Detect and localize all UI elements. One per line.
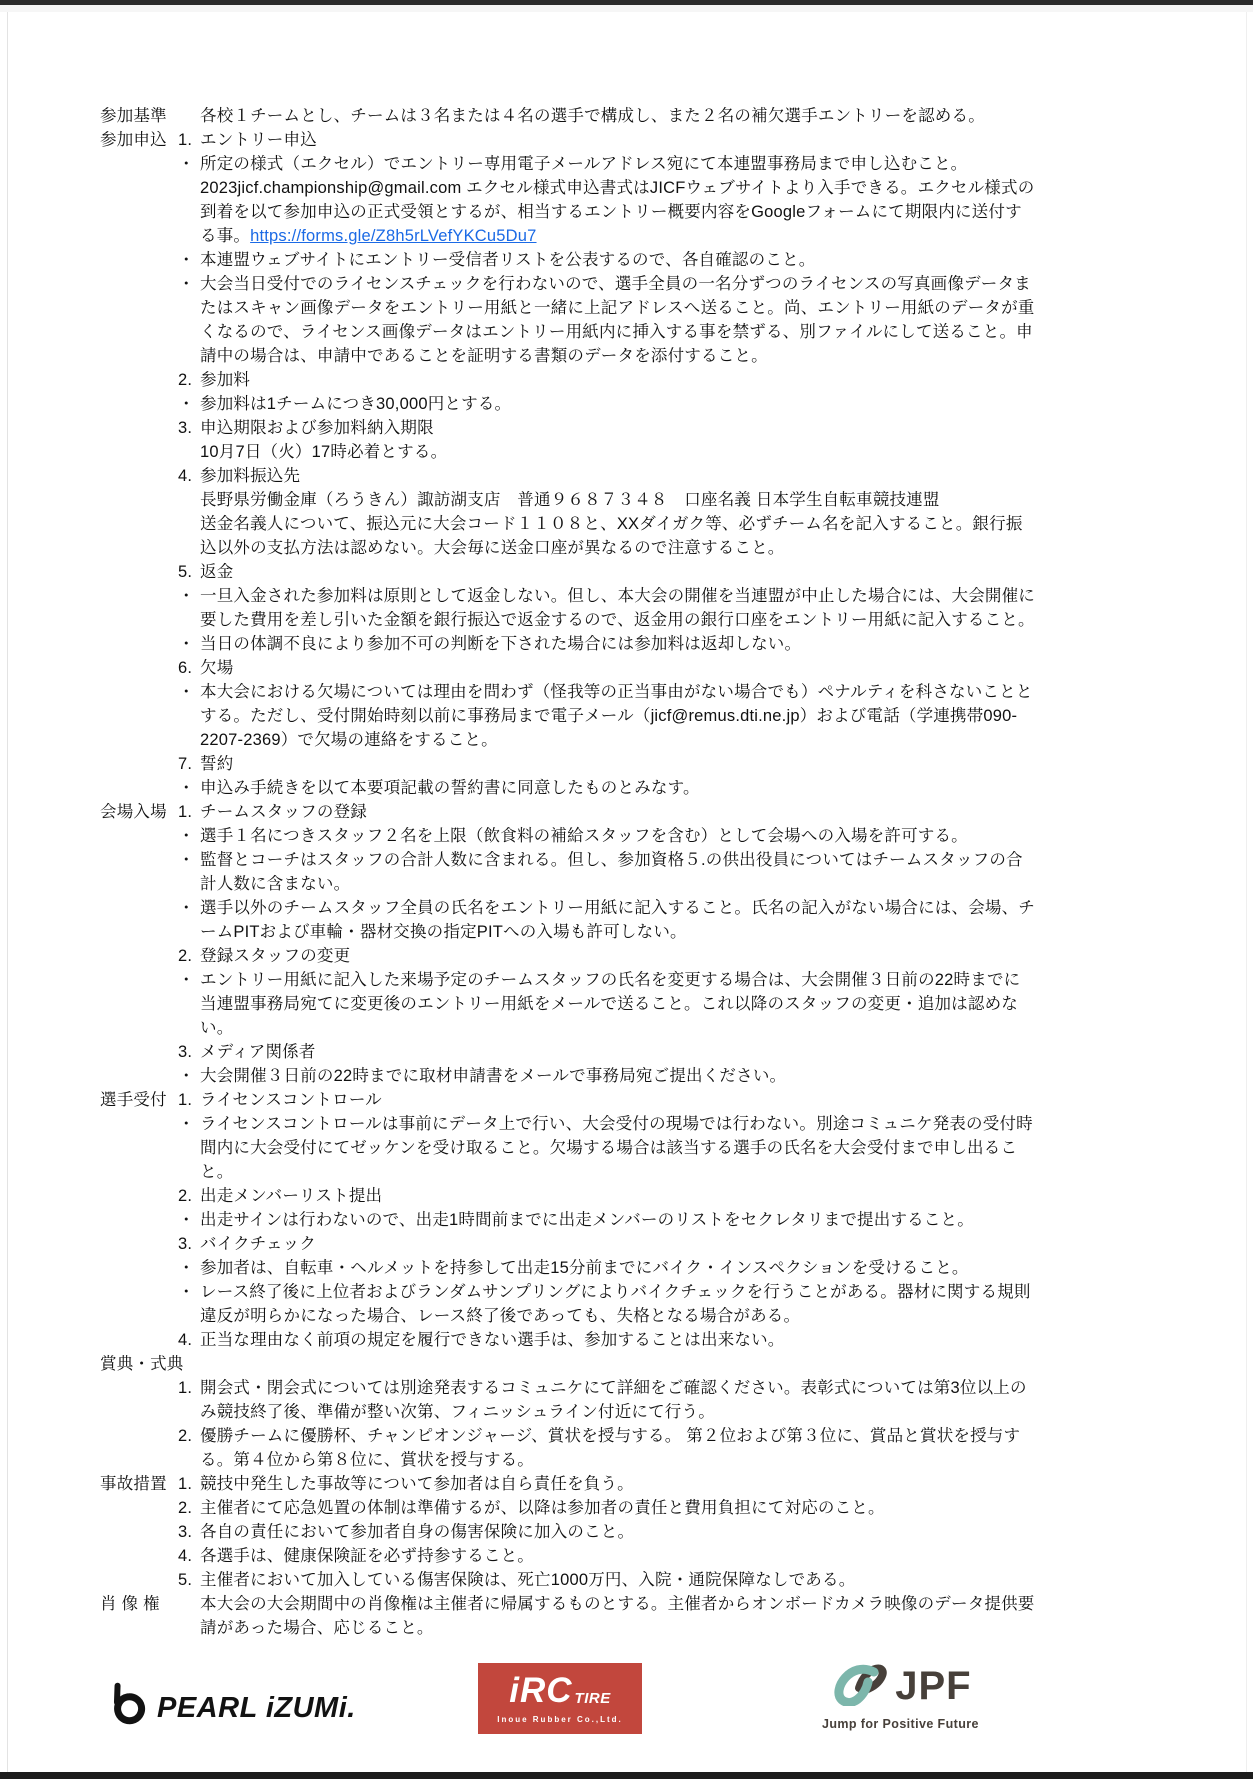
section-content: 1.チームスタッフの登録・選手１名につきスタッフ２名を上限（飲食料の補給スタッフ…	[178, 800, 1035, 1088]
section-label: 選手受付	[100, 1088, 178, 1352]
item-text: 10月7日（火）17時必着とする。	[200, 443, 447, 461]
item-number: 1.	[178, 1472, 200, 1496]
bullet-marker: ・	[178, 776, 200, 800]
section-row: 事故措置1.競技中発生した事故等について参加者は自ら責任を負う。2.主催者にて応…	[100, 1472, 1035, 1592]
item-text: 長野県労働金庫（ろうきん）諏訪湖支店 普通９６８７３４８ 口座名義 日本学生自転…	[200, 491, 940, 509]
item-number: 2.	[178, 1496, 200, 1520]
numbered-item: 1.ライセンスコントロール	[178, 1088, 1035, 1112]
item-text: 本大会における欠場については理由を問わず（怪我等の正当事由がない場合でも）ペナル…	[200, 683, 1033, 749]
item-text: エントリー用紙に記入した来場予定のチームスタッフの氏名を変更する場合は、大会開催…	[200, 971, 1020, 1037]
section-row: 選手受付1.ライセンスコントロール・ライセンスコントロールは事前にデータ上で行い…	[100, 1088, 1035, 1352]
irc-wordmark: iRC TIRE	[509, 1673, 610, 1708]
item-text: 各自の責任において参加者自身の傷害保険に加入のこと。	[200, 1523, 634, 1541]
numbered-item: 3.バイクチェック	[178, 1232, 1035, 1256]
bullet-item: ・一旦入金された参加料は原則として返金しない。但し、本大会の開催を当連盟が中止し…	[178, 584, 1035, 632]
numbered-item: 1.エントリー申込	[178, 128, 1035, 152]
section-label: 会場入場	[100, 800, 178, 1088]
bullet-marker: ・	[178, 896, 200, 920]
item-number: 7.	[178, 752, 200, 776]
bullet-marker: ・	[178, 248, 200, 272]
item-number: 2.	[178, 368, 200, 392]
rules-document: 参加基準各校１チームとし、チームは３名または４名の選手で構成し、また２名の補欠選…	[0, 104, 1253, 1640]
item-text: レース終了後に上位者およびランダムサンプリングによりバイクチェックを行うことがあ…	[200, 1283, 1031, 1325]
item-text: 当日の体調不良により参加不可の判断を下された場合には参加料は返却しない。	[200, 635, 801, 653]
section-label: 参加申込	[100, 128, 178, 800]
item-text: 一旦入金された参加料は原則として返金しない。但し、本大会の開催を当連盟が中止した…	[200, 587, 1035, 629]
item-text: 正当な理由なく前項の規定を履行できない選手は、参加することは出来ない。	[200, 1331, 785, 1349]
numbered-item: 1.競技中発生した事故等について参加者は自ら責任を負う。	[178, 1472, 1035, 1496]
jpf-tagline: Jump for Positive Future	[822, 1717, 979, 1731]
bullet-marker: ・	[178, 272, 200, 296]
numbered-item: 4.参加料振込先	[178, 464, 1035, 488]
bullet-item: ・参加料は1チームにつき30,000円とする。	[178, 392, 1035, 416]
item-text: 参加料は1チームにつき30,000円とする。	[200, 395, 511, 413]
item-number: 4.	[178, 1328, 200, 1352]
item-number: 1.	[178, 800, 200, 824]
numbered-item: 1.開会式・閉会式については別途発表するコミュニケにて詳細をご確認ください。表彰…	[178, 1376, 1035, 1424]
item-number: 4.	[178, 1544, 200, 1568]
item-text: 本連盟ウェブサイトにエントリー受信者リストを公表するので、各自確認のこと。	[200, 251, 815, 269]
bullet-item: ・本連盟ウェブサイトにエントリー受信者リストを公表するので、各自確認のこと。	[178, 248, 1035, 272]
numbered-item: 2.優勝チームに優勝杯、チャンピオンジャージ、賞状を授与する。 第２位および第３…	[178, 1424, 1035, 1472]
numbered-item: 1.チームスタッフの登録	[178, 800, 1035, 824]
bullet-marker: ・	[178, 1208, 200, 1232]
item-text: 主催者にて応急処置の体制は準備するが、以降は参加者の責任と費用負担にて対応のこと…	[200, 1499, 885, 1517]
item-number: 1.	[178, 1088, 200, 1112]
item-text: エントリー申込	[200, 131, 317, 149]
section-row: 会場入場1.チームスタッフの登録・選手１名につきスタッフ２名を上限（飲食料の補給…	[100, 800, 1035, 1088]
item-text: 出走メンバーリスト提出	[200, 1187, 382, 1205]
text-line: 各校１チームとし、チームは３名または４名の選手で構成し、また２名の補欠選手エント…	[178, 104, 1035, 128]
bullet-item: ・監督とコーチはスタッフの合計人数に含まれる。但し、参加資格５.の供出役員につい…	[178, 848, 1035, 896]
item-text: 参加者は、自転車・ヘルメットを持参して出走15分前までにバイク・インスペクション…	[200, 1259, 969, 1277]
jpf-ribbon-icon	[829, 1660, 891, 1711]
numbered-item: 2.登録スタッフの変更	[178, 944, 1035, 968]
item-text: 本大会の大会期間中の肖像権は主催者に帰属するものとする。主催者からオンボードカメ…	[200, 1595, 1035, 1637]
item-text: 選手以外のチームスタッフ全員の氏名をエントリー用紙に記入すること。氏名の記入がな…	[200, 899, 1035, 941]
bullet-marker: ・	[178, 968, 200, 992]
section-row: 賞典・式典1.開会式・閉会式については別途発表するコミュニケにて詳細をご確認くだ…	[100, 1352, 1035, 1472]
bullet-item: ・選手以外のチームスタッフ全員の氏名をエントリー用紙に記入すること。氏名の記入が…	[178, 896, 1035, 944]
item-text: 欠場	[200, 659, 233, 677]
item-text: 申込み手続きを以て本要項記載の誓約書に同意したものとみなす。	[200, 779, 700, 797]
item-number: 6.	[178, 656, 200, 680]
numbered-item: 3.各自の責任において参加者自身の傷害保険に加入のこと。	[178, 1520, 1035, 1544]
numbered-item: 4.各選手は、健康保険証を必ず持参すること。	[178, 1544, 1035, 1568]
item-text: メディア関係者	[200, 1043, 316, 1061]
bullet-marker: ・	[178, 824, 200, 848]
section-content: 1.エントリー申込・所定の様式（エクセル）でエントリー専用電子メールアドレス宛に…	[178, 128, 1035, 800]
bullet-marker: ・	[178, 1256, 200, 1280]
pearl-izumi-icon	[108, 1682, 148, 1735]
bullet-marker: ・	[178, 680, 200, 704]
text-line: 長野県労働金庫（ろうきん）諏訪湖支店 普通９６８７３４８ 口座名義 日本学生自転…	[178, 488, 1035, 512]
item-number: 4.	[178, 464, 200, 488]
section-content: 1.競技中発生した事故等について参加者は自ら責任を負う。2.主催者にて応急処置の…	[178, 1472, 1035, 1592]
item-number: 3.	[178, 1520, 200, 1544]
section-label: 賞典・式典	[100, 1352, 178, 1376]
numbered-item: 2.参加料	[178, 368, 1035, 392]
item-text: 開会式・閉会式については別途発表するコミュニケにて詳細をご確認ください。表彰式に…	[200, 1379, 1027, 1421]
bullet-item: ・レース終了後に上位者およびランダムサンプリングによりバイクチェックを行うことが…	[178, 1280, 1035, 1328]
pearl-izumi-logo: PEARL iZUMi.	[108, 1682, 356, 1735]
item-text: 登録スタッフの変更	[200, 947, 350, 965]
bullet-marker: ・	[178, 392, 200, 416]
item-text: 監督とコーチはスタッフの合計人数に含まれる。但し、参加資格５.の供出役員について…	[200, 851, 1023, 893]
section-row: 参加基準各校１チームとし、チームは３名または４名の選手で構成し、また２名の補欠選…	[100, 104, 1035, 128]
item-text: ライセンスコントロール	[200, 1091, 382, 1109]
bullet-item: ・当日の体調不良により参加不可の判断を下された場合には参加料は返却しない。	[178, 632, 1035, 656]
section-label: 事故措置	[100, 1472, 178, 1592]
item-text: 大会当日受付でのライセンスチェックを行わないので、選手全員の一名分ずつのライセン…	[200, 275, 1035, 365]
item-number: 1.	[178, 1376, 200, 1400]
numbered-item: 7.誓約	[178, 752, 1035, 776]
bullet-item: ・大会開催３日前の22時までに取材申請書をメールで事務局宛ご提出ください。	[178, 1064, 1035, 1088]
item-text: ライセンスコントロールは事前にデータ上で行い、大会受付の現場では行わない。別途コ…	[200, 1115, 1033, 1181]
text-line: 本大会の大会期間中の肖像権は主催者に帰属するものとする。主催者からオンボードカメ…	[178, 1592, 1035, 1640]
item-text: 参加料	[200, 371, 250, 389]
item-text: 返金	[200, 563, 233, 581]
bullet-item: ・出走サインは行わないので、出走1時間前までに出走メンバーのリストをセクレタリま…	[178, 1208, 1035, 1232]
bullet-item: ・申込み手続きを以て本要項記載の誓約書に同意したものとみなす。	[178, 776, 1035, 800]
item-number: 3.	[178, 1040, 200, 1064]
item-number: 2.	[178, 1424, 200, 1448]
bullet-marker: ・	[178, 848, 200, 872]
item-text: 優勝チームに優勝杯、チャンピオンジャージ、賞状を授与する。 第２位および第３位に…	[200, 1427, 1020, 1469]
item-text: 競技中発生した事故等について参加者は自ら責任を負う。	[200, 1475, 634, 1493]
entry-form-link[interactable]: https://forms.gle/Z8h5rLVefYKCu5Du7	[250, 227, 536, 245]
text-line: 送金名義人について、振込元に大会コード１１０８と、XXダイガク等、必ずチーム名を…	[178, 512, 1035, 560]
bullet-item: ・大会当日受付でのライセンスチェックを行わないので、選手全員の一名分ずつのライセ…	[178, 272, 1035, 368]
section-content: 各校１チームとし、チームは３名または４名の選手で構成し、また２名の補欠選手エント…	[178, 104, 1035, 128]
item-text: 各校１チームとし、チームは３名または４名の選手で構成し、また２名の補欠選手エント…	[200, 107, 985, 125]
item-text: 送金名義人について、振込元に大会コード１１０８と、XXダイガク等、必ずチーム名を…	[200, 515, 1023, 557]
item-text: 出走サインは行わないので、出走1時間前までに出走メンバーのリストをセクレタリまで…	[200, 1211, 974, 1229]
bullet-marker: ・	[178, 584, 200, 608]
item-number: 2.	[178, 944, 200, 968]
section-content: 1.ライセンスコントロール・ライセンスコントロールは事前にデータ上で行い、大会受…	[178, 1088, 1035, 1352]
item-number: 3.	[178, 416, 200, 440]
section-row: 参加申込1.エントリー申込・所定の様式（エクセル）でエントリー専用電子メールアド…	[100, 128, 1035, 800]
item-text: 誓約	[200, 755, 233, 773]
jpf-wordmark: JPF	[895, 1666, 971, 1706]
bullet-marker: ・	[178, 1112, 200, 1136]
section-content: 1.開会式・閉会式については別途発表するコミュニケにて詳細をご確認ください。表彰…	[178, 1376, 1035, 1472]
bullet-marker: ・	[178, 152, 200, 176]
text-line: 10月7日（火）17時必着とする。	[178, 440, 1035, 464]
section-row: 肖 像 権本大会の大会期間中の肖像権は主催者に帰属するものとする。主催者からオン…	[100, 1592, 1035, 1640]
item-number: 2.	[178, 1184, 200, 1208]
numbered-item: 2.出走メンバーリスト提出	[178, 1184, 1035, 1208]
irc-subtitle: Inoue Rubber Co.,Ltd.	[497, 1715, 623, 1724]
item-number: 3.	[178, 1232, 200, 1256]
numbered-item: 5.主催者において加入している傷害保険は、死亡1000万円、入院・通院保障なしで…	[178, 1568, 1035, 1592]
page-bottom-border	[0, 1772, 1253, 1779]
item-text: 大会開催３日前の22時までに取材申請書をメールで事務局宛ご提出ください。	[200, 1067, 786, 1085]
section-label: 参加基準	[100, 104, 178, 128]
item-text: 申込期限および参加料納入期限	[200, 419, 434, 437]
item-number: 1.	[178, 128, 200, 152]
bullet-item: ・本大会における欠場については理由を問わず（怪我等の正当事由がない場合でも）ペナ…	[178, 680, 1035, 752]
bullet-item: ・ライセンスコントロールは事前にデータ上で行い、大会受付の現場では行わない。別途…	[178, 1112, 1035, 1184]
bullet-item: ・エントリー用紙に記入した来場予定のチームスタッフの氏名を変更する場合は、大会開…	[178, 968, 1035, 1040]
irc-tire-logo: iRC TIRE Inoue Rubber Co.,Ltd.	[478, 1663, 642, 1734]
item-number: 5.	[178, 560, 200, 584]
page-top-gap	[0, 5, 1253, 12]
numbered-item: 3.申込期限および参加料納入期限	[178, 416, 1035, 440]
numbered-item: 2.主催者にて応急処置の体制は準備するが、以降は参加者の責任と費用負担にて対応の…	[178, 1496, 1035, 1520]
bullet-item: ・参加者は、自転車・ヘルメットを持参して出走15分前までにバイク・インスペクショ…	[178, 1256, 1035, 1280]
item-text: 各選手は、健康保険証を必ず持参すること。	[200, 1547, 534, 1565]
numbered-item: 3.メディア関係者	[178, 1040, 1035, 1064]
numbered-item: 4.正当な理由なく前項の規定を履行できない選手は、参加することは出来ない。	[178, 1328, 1035, 1352]
numbered-item: 6.欠場	[178, 656, 1035, 680]
section-label: 肖 像 権	[100, 1592, 178, 1640]
item-text: バイクチェック	[200, 1235, 316, 1253]
item-text: 参加料振込先	[200, 467, 300, 485]
bullet-item: ・選手１名につきスタッフ２名を上限（飲食料の補給スタッフを含む）として会場への入…	[178, 824, 1035, 848]
irc-tire-text: TIRE	[575, 1691, 611, 1706]
pearl-izumi-wordmark: PEARL iZUMi.	[157, 1692, 356, 1725]
numbered-item: 5.返金	[178, 560, 1035, 584]
item-number: 5.	[178, 1568, 200, 1592]
bullet-marker: ・	[178, 632, 200, 656]
irc-brand-text: iRC	[509, 1673, 572, 1708]
item-text: 主催者において加入している傷害保険は、死亡1000万円、入院・通院保障なしである…	[200, 1571, 855, 1589]
bullet-marker: ・	[178, 1064, 200, 1088]
jpf-logo: JPF Jump for Positive Future	[822, 1660, 979, 1731]
item-text: チームスタッフの登録	[200, 803, 367, 821]
bullet-item: ・所定の様式（エクセル）でエントリー専用電子メールアドレス宛にて本連盟事務局まで…	[178, 152, 1035, 248]
section-content: 本大会の大会期間中の肖像権は主催者に帰属するものとする。主催者からオンボードカメ…	[178, 1592, 1035, 1640]
bullet-marker: ・	[178, 1280, 200, 1304]
item-text: 選手１名につきスタッフ２名を上限（飲食料の補給スタッフを含む）として会場への入場…	[200, 827, 968, 845]
